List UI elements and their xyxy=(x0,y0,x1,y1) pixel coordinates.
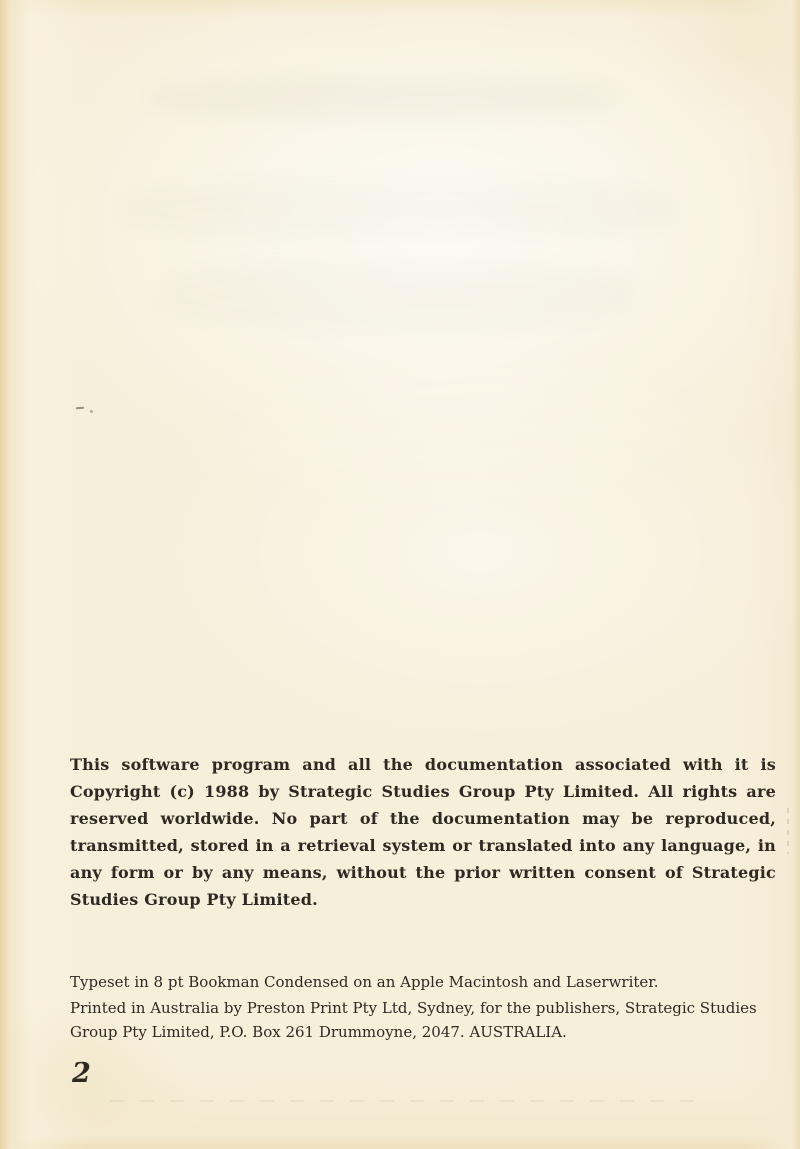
text-line: any form or by any means, without the pr… xyxy=(70,859,776,886)
manual-copyright-page: This software program and all the docume… xyxy=(0,0,800,1149)
page-showthrough-ghost xyxy=(120,180,680,240)
text-line: reserved worldwide. No part of the docum… xyxy=(70,805,776,832)
text-line: transmitted, stored in a retrieval syste… xyxy=(70,832,776,859)
scan-artifact xyxy=(110,1100,710,1102)
colophon-printed-paragraph: Printed in Australia by Preston Print Pt… xyxy=(70,996,782,1044)
text-line: Copyright (c) 1988 by Strategic Studies … xyxy=(70,778,776,805)
text-line: Group Pty Limited, P.O. Box 261 Drummoyn… xyxy=(70,1020,782,1044)
text-line: Printed in Australia by Preston Print Pt… xyxy=(70,996,782,1020)
page-showthrough-ghost xyxy=(160,260,640,330)
colophon-typeset-line: Typeset in 8 pt Bookman Condensed on an … xyxy=(70,971,782,993)
scan-speck xyxy=(90,410,93,413)
copyright-paragraph: This software program and all the docume… xyxy=(70,751,776,913)
text-line: Studies Group Pty Limited. xyxy=(70,886,776,913)
scan-speck xyxy=(76,407,84,410)
scan-artifact xyxy=(787,808,789,854)
text-line: This software program and all the docume… xyxy=(70,751,776,778)
page-showthrough-ghost xyxy=(150,78,620,118)
page-number: 2 xyxy=(72,1058,92,1089)
